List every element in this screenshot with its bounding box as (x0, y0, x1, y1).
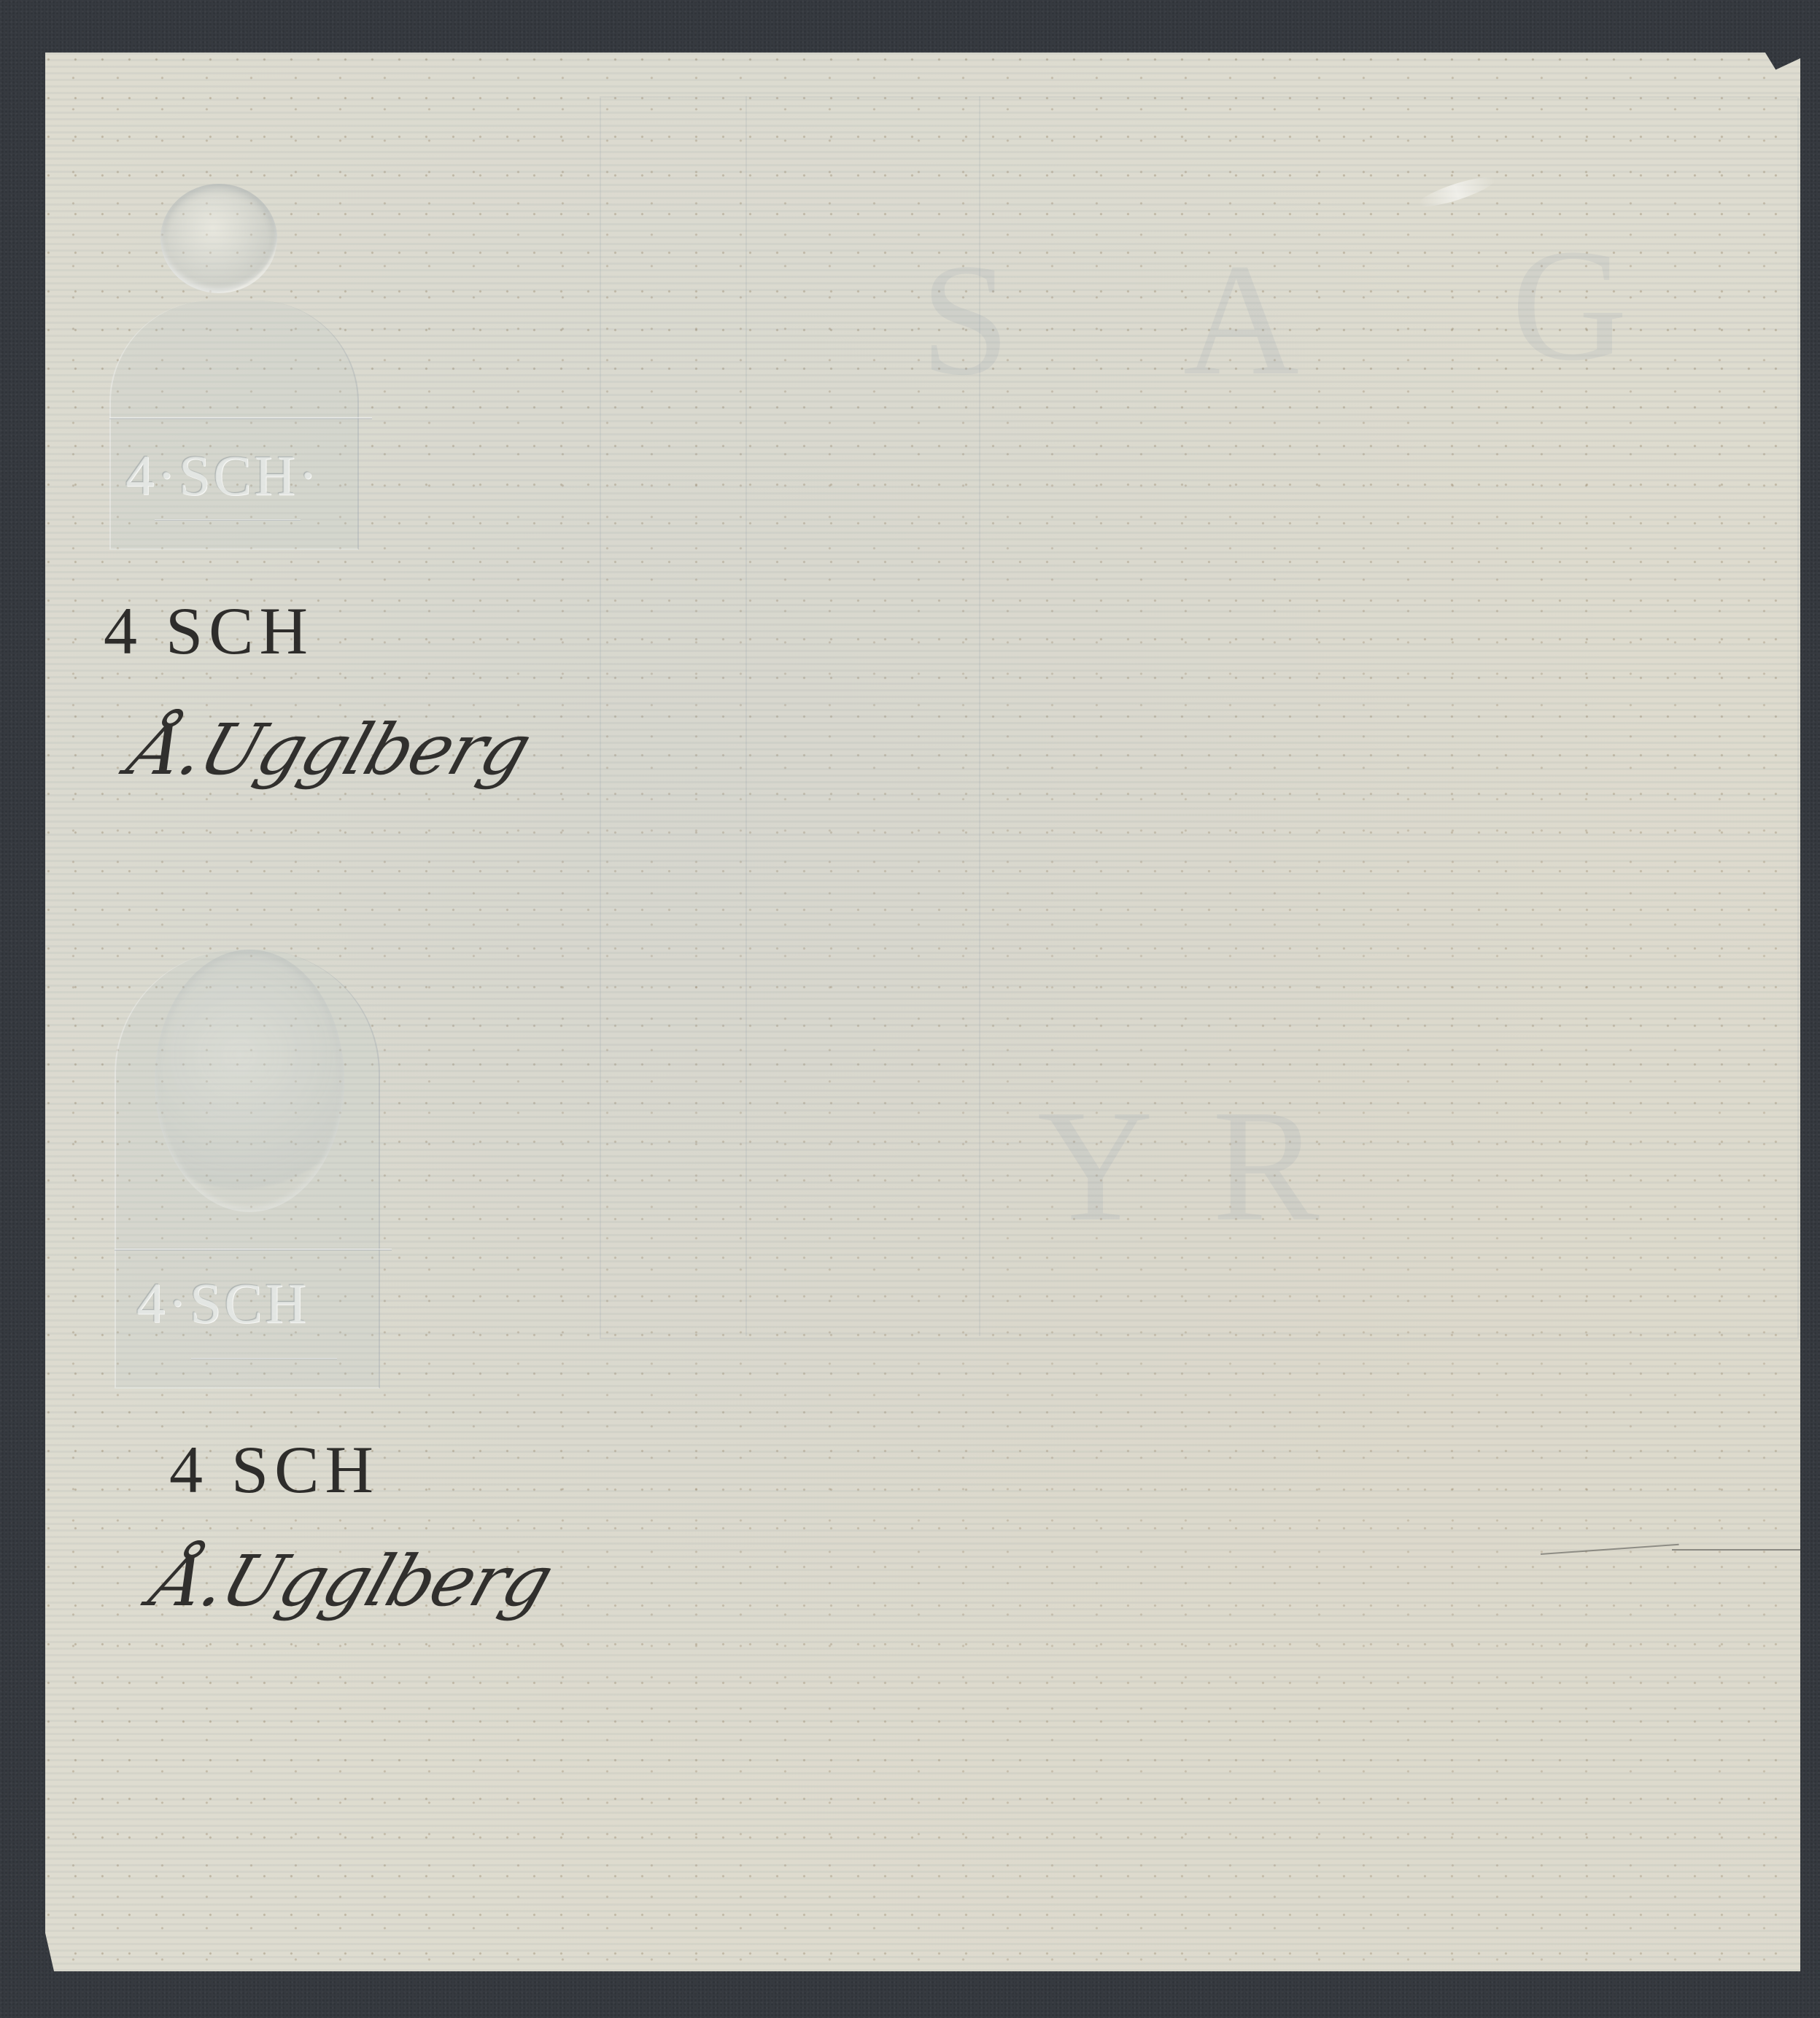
show-through-glyph: A (1183, 228, 1299, 412)
show-through-glyph: G (1511, 213, 1627, 397)
show-through-glyph: S (921, 228, 1010, 412)
embossed-value: 4·SCH (136, 1270, 309, 1336)
show-through-glyph: Y (1037, 1074, 1153, 1258)
embossed-value: 4·SCH· (125, 443, 320, 508)
show-through-divider (746, 96, 747, 1336)
paper-crack (1541, 1544, 1679, 1555)
printed-value: 4 SCH (169, 1431, 379, 1508)
embossed-rule (115, 1249, 392, 1251)
show-through-glyph: R (1212, 1074, 1320, 1258)
embossed-rule (191, 1358, 337, 1359)
signature: Å.Ugglberg (120, 709, 540, 791)
embossed-rule (155, 519, 301, 521)
embossed-rule (109, 417, 372, 419)
printed-value: 4 SCH (104, 592, 314, 670)
paper-crack (1672, 1549, 1800, 1551)
stamped-paper-sheet: S A G Y R 4·SCH· 4 SCH Å.Ugglberg 4·SCH … (45, 53, 1800, 1971)
embossed-stamp-frame (109, 300, 359, 550)
signature: Å.Ugglberg (142, 1540, 562, 1622)
embossed-crown-seal (160, 184, 277, 293)
